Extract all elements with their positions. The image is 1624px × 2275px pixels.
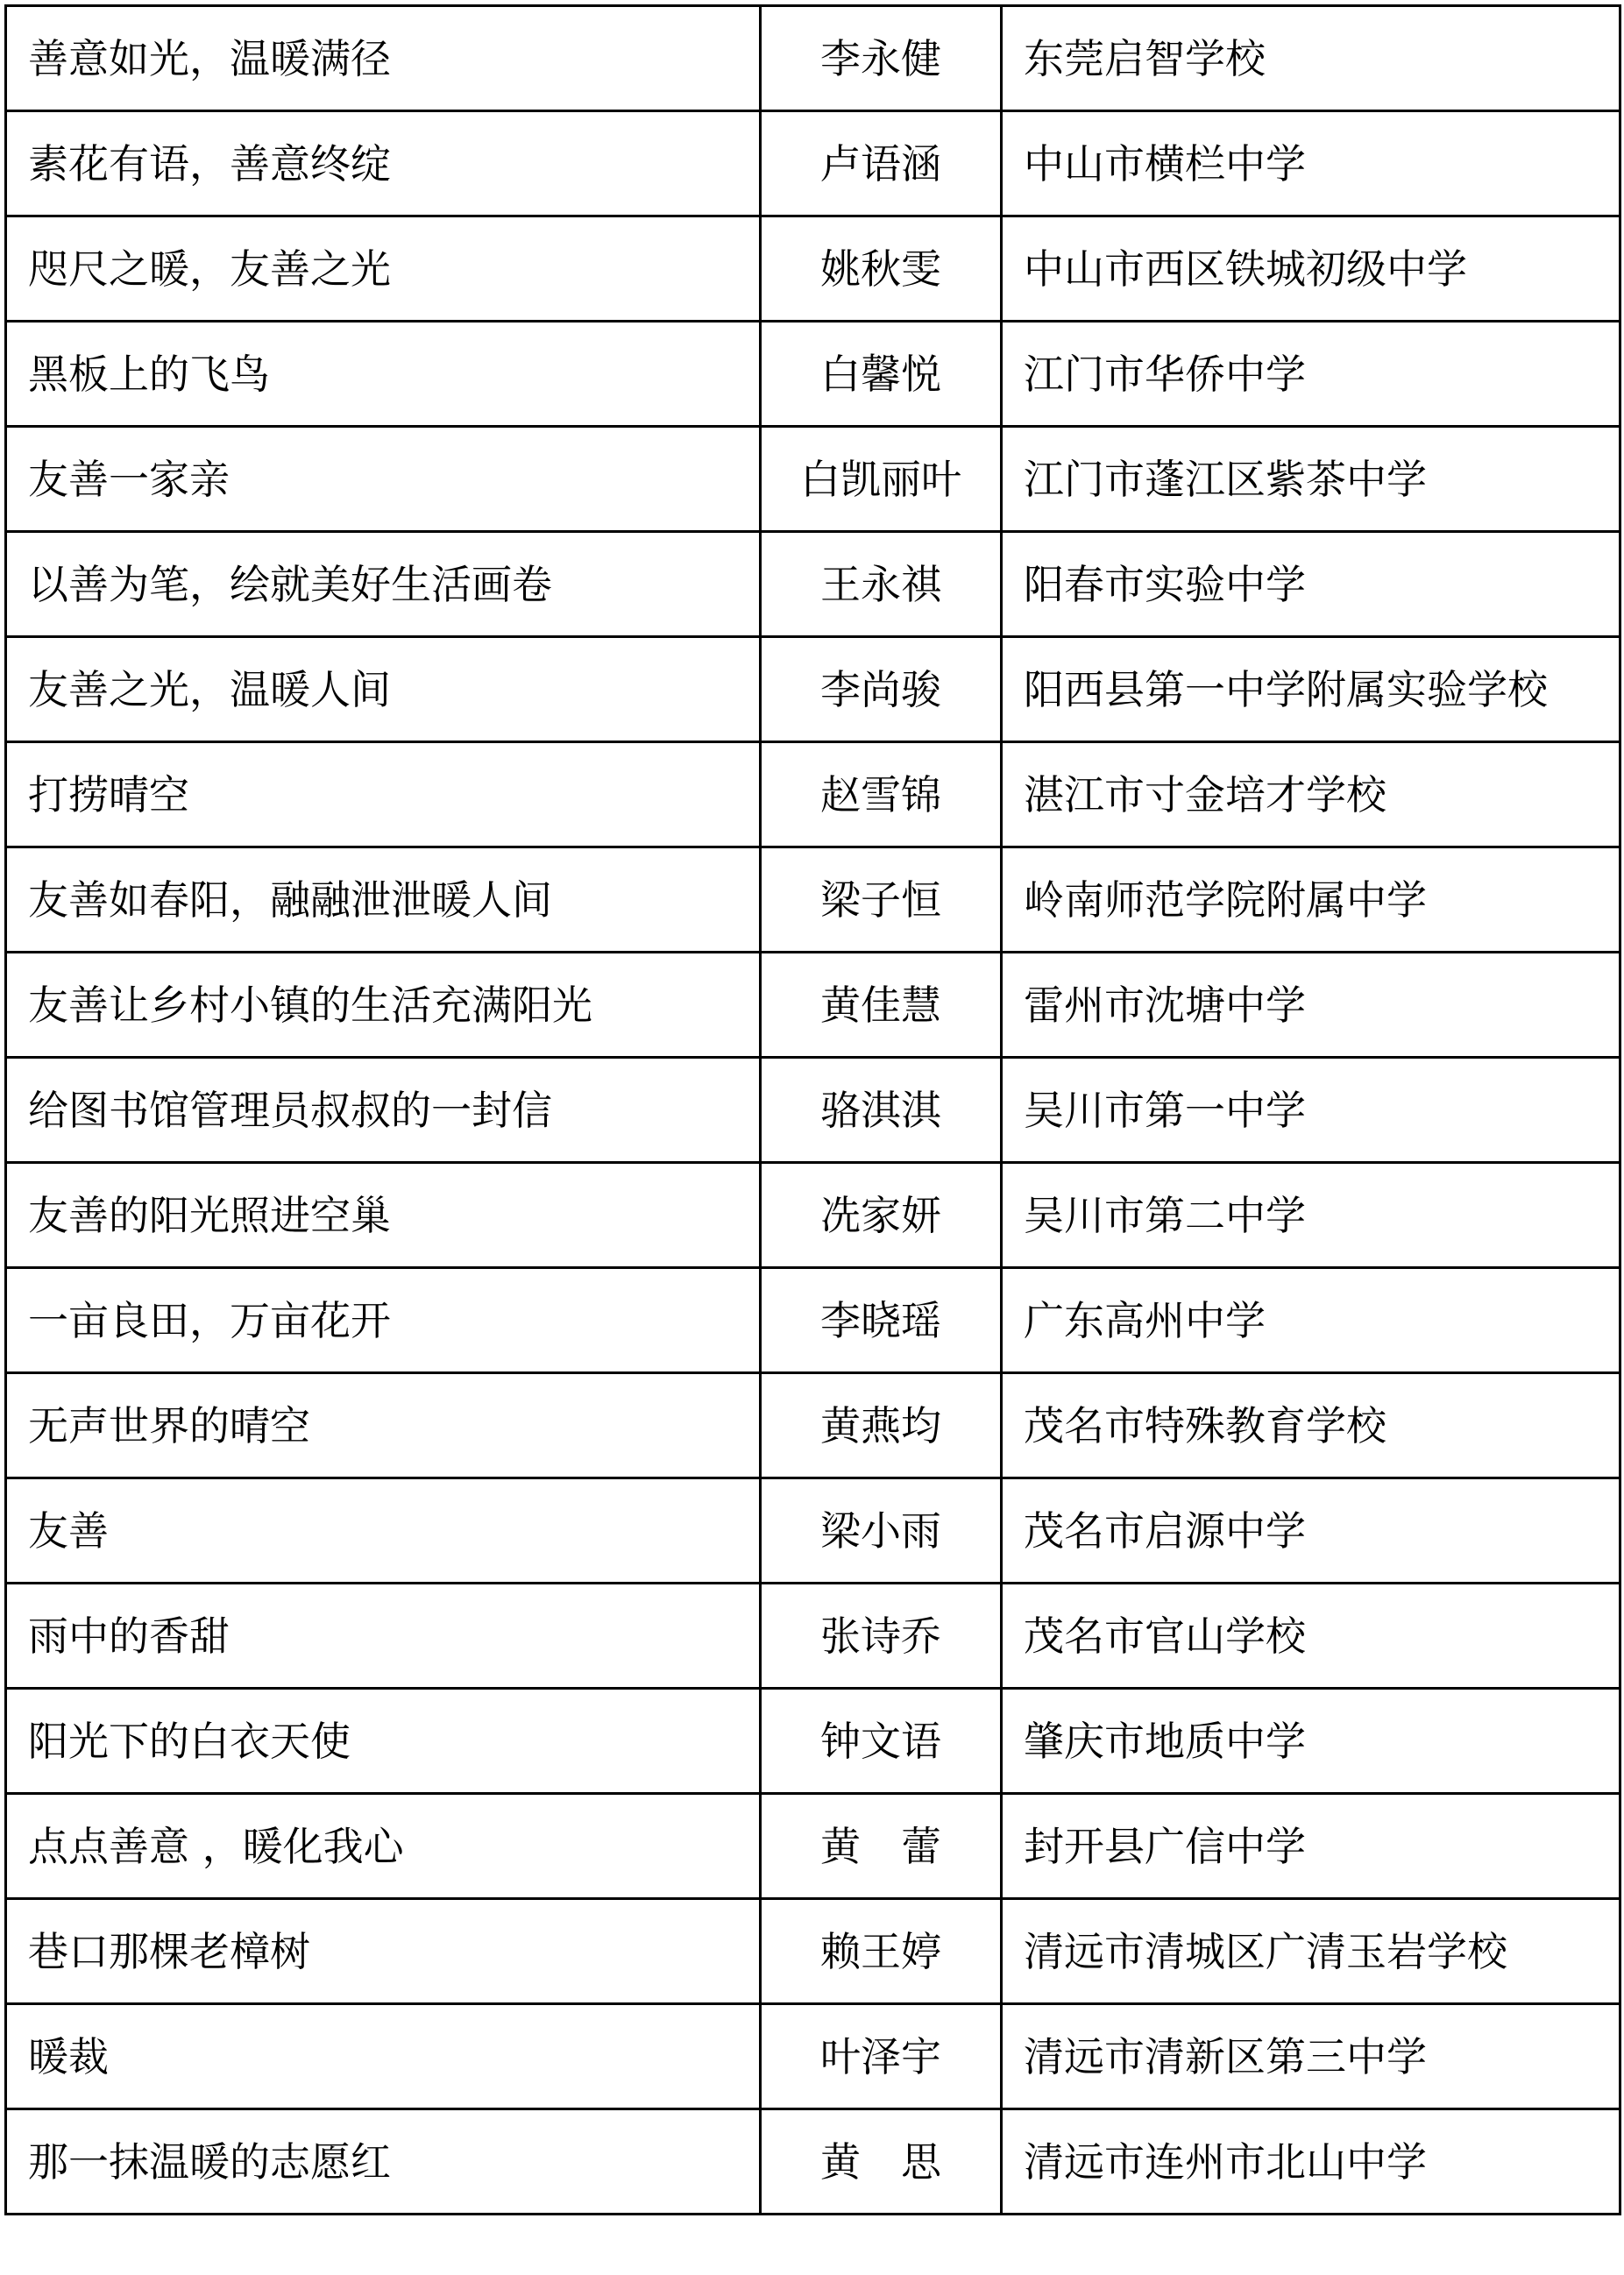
table-row: 一亩良田，万亩花开李晓瑶广东高州中学 <box>6 1268 1620 1373</box>
table-row: 友善梁小雨茂名市启源中学 <box>6 1478 1620 1584</box>
work-title-cell: 一亩良田，万亩花开 <box>6 1268 761 1373</box>
school-name-cell: 岭南师范学院附属中学 <box>1002 847 1620 953</box>
table-row: 黑板上的飞鸟白馨悦江门市华侨中学 <box>6 322 1620 427</box>
school-name-cell: 阳西县第一中学附属实验学校 <box>1002 637 1620 742</box>
table-row: 那一抹温暖的志愿红黄 思清远市连州市北山中学 <box>6 2109 1620 2215</box>
school-name-cell: 中山市西区铁城初级中学 <box>1002 216 1620 322</box>
author-name-cell: 张诗乔 <box>761 1584 1002 1689</box>
author-name-cell: 梁子恒 <box>761 847 1002 953</box>
author-name-cell: 白馨悦 <box>761 322 1002 427</box>
author-name-cell: 李晓瑶 <box>761 1268 1002 1373</box>
author-name-cell: 黄 蕾 <box>761 1794 1002 1899</box>
work-title-cell: 巷口那棵老樟树 <box>6 1899 761 2004</box>
table-row: 友善一家亲白凯丽叶江门市蓬江区紫茶中学 <box>6 427 1620 532</box>
table-row: 阳光下的白衣天使钟文语肇庆市地质中学 <box>6 1689 1620 1794</box>
author-name-cell: 李永健 <box>761 6 1002 111</box>
school-name-cell: 江门市华侨中学 <box>1002 322 1620 427</box>
work-title-cell: 友善 <box>6 1478 761 1584</box>
author-name-cell: 骆淇淇 <box>761 1058 1002 1163</box>
author-name-cell: 赖王婷 <box>761 1899 1002 2004</box>
table-row: 给图书馆管理员叔叔的一封信骆淇淇吴川市第一中学 <box>6 1058 1620 1163</box>
work-title-cell: 雨中的香甜 <box>6 1584 761 1689</box>
author-name-cell: 冼家妍 <box>761 1163 1002 1268</box>
author-name-cell: 梁小雨 <box>761 1478 1002 1584</box>
author-name-cell: 姚秋雯 <box>761 216 1002 322</box>
table-row: 打捞晴空赵雪锦湛江市寸金培才学校 <box>6 742 1620 847</box>
work-title-cell: 阳光下的白衣天使 <box>6 1689 761 1794</box>
author-name-cell: 黄 思 <box>761 2109 1002 2215</box>
school-name-cell: 阳春市实验中学 <box>1002 532 1620 637</box>
work-title-cell: 给图书馆管理员叔叔的一封信 <box>6 1058 761 1163</box>
author-name-cell: 叶泽宇 <box>761 2004 1002 2109</box>
table-row: 友善如春阳，融融泄泄暖人间梁子恒岭南师范学院附属中学 <box>6 847 1620 953</box>
table-row: 暖裁叶泽宇清远市清新区第三中学 <box>6 2004 1620 2109</box>
table-row: 友善让乡村小镇的生活充满阳光黄佳慧雷州市沈塘中学 <box>6 953 1620 1058</box>
work-title-cell: 友善让乡村小镇的生活充满阳光 <box>6 953 761 1058</box>
table-row: 巷口那棵老樟树赖王婷清远市清城区广清玉岩学校 <box>6 1899 1620 2004</box>
author-name-cell: 李尚骏 <box>761 637 1002 742</box>
work-title-cell: 那一抹温暖的志愿红 <box>6 2109 761 2215</box>
work-title-cell: 以善为笔，绘就美好生活画卷 <box>6 532 761 637</box>
work-title-cell: 点点善意 ，暖化我心 <box>6 1794 761 1899</box>
table-row: 点点善意 ，暖化我心黄 蕾封开县广信中学 <box>6 1794 1620 1899</box>
table-row: 友善之光，温暖人间李尚骏阳西县第一中学附属实验学校 <box>6 637 1620 742</box>
author-name-cell: 赵雪锦 <box>761 742 1002 847</box>
work-title-cell: 打捞晴空 <box>6 742 761 847</box>
school-name-cell: 吴川市第二中学 <box>1002 1163 1620 1268</box>
work-title-cell: 无声世界的晴空 <box>6 1373 761 1478</box>
table-row: 友善的阳光照进空巢冼家妍吴川市第二中学 <box>6 1163 1620 1268</box>
school-name-cell: 雷州市沈塘中学 <box>1002 953 1620 1058</box>
table-row: 以善为笔，绘就美好生活画卷王永祺阳春市实验中学 <box>6 532 1620 637</box>
work-title-cell: 素花有语，善意终绽 <box>6 111 761 216</box>
school-name-cell: 清远市清城区广清玉岩学校 <box>1002 1899 1620 2004</box>
author-name-cell: 王永祺 <box>761 532 1002 637</box>
author-name-cell: 钟文语 <box>761 1689 1002 1794</box>
work-title-cell: 咫尺之暖，友善之光 <box>6 216 761 322</box>
school-name-cell: 茂名市启源中学 <box>1002 1478 1620 1584</box>
table-row: 善意如光，温暖满径李永健东莞启智学校 <box>6 6 1620 111</box>
table-row: 咫尺之暖，友善之光姚秋雯中山市西区铁城初级中学 <box>6 216 1620 322</box>
school-name-cell: 广东高州中学 <box>1002 1268 1620 1373</box>
work-title-cell: 善意如光，温暖满径 <box>6 6 761 111</box>
school-name-cell: 中山市横栏中学 <box>1002 111 1620 216</box>
work-title-cell: 友善一家亲 <box>6 427 761 532</box>
author-name-cell: 黄燕均 <box>761 1373 1002 1478</box>
school-name-cell: 封开县广信中学 <box>1002 1794 1620 1899</box>
school-name-cell: 湛江市寸金培才学校 <box>1002 742 1620 847</box>
author-name-cell: 白凯丽叶 <box>761 427 1002 532</box>
school-name-cell: 肇庆市地质中学 <box>1002 1689 1620 1794</box>
award-list-table: 善意如光，温暖满径李永健东莞启智学校 素花有语，善意终绽卢语涵中山市横栏中学 咫… <box>4 4 1621 2215</box>
school-name-cell: 清远市清新区第三中学 <box>1002 2004 1620 2109</box>
school-name-cell: 江门市蓬江区紫茶中学 <box>1002 427 1620 532</box>
author-name-cell: 卢语涵 <box>761 111 1002 216</box>
table-row: 无声世界的晴空黄燕均茂名市特殊教育学校 <box>6 1373 1620 1478</box>
school-name-cell: 茂名市特殊教育学校 <box>1002 1373 1620 1478</box>
work-title-cell: 友善之光，温暖人间 <box>6 637 761 742</box>
table-row: 雨中的香甜张诗乔茂名市官山学校 <box>6 1584 1620 1689</box>
work-title-cell: 友善如春阳，融融泄泄暖人间 <box>6 847 761 953</box>
school-name-cell: 清远市连州市北山中学 <box>1002 2109 1620 2215</box>
school-name-cell: 吴川市第一中学 <box>1002 1058 1620 1163</box>
school-name-cell: 东莞启智学校 <box>1002 6 1620 111</box>
work-title-cell: 暖裁 <box>6 2004 761 2109</box>
table-row: 素花有语，善意终绽卢语涵中山市横栏中学 <box>6 111 1620 216</box>
school-name-cell: 茂名市官山学校 <box>1002 1584 1620 1689</box>
work-title-cell: 黑板上的飞鸟 <box>6 322 761 427</box>
work-title-cell: 友善的阳光照进空巢 <box>6 1163 761 1268</box>
author-name-cell: 黄佳慧 <box>761 953 1002 1058</box>
